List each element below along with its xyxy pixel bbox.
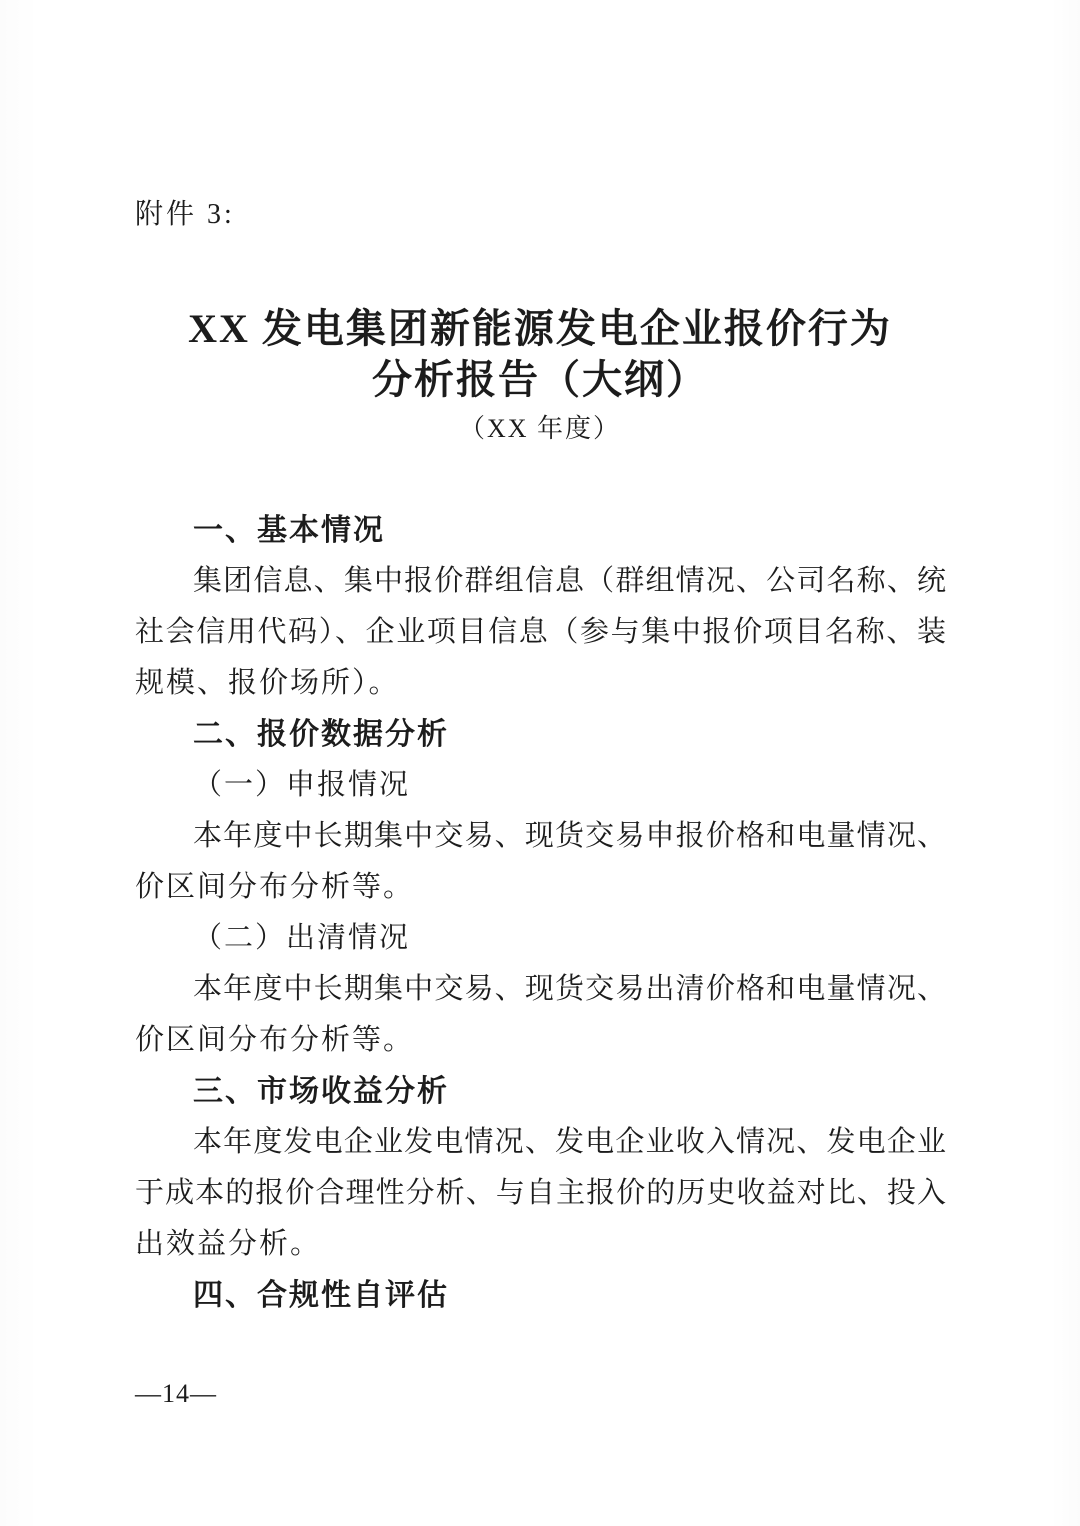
document-body: 一、基本情况 集团信息、集中报价群组信息（群组情况、公司名称、统一 社会信用代码… bbox=[135, 505, 947, 1321]
paragraph-line: 社会信用代码）、企业项目信息（参与集中报价项目名称、装机 bbox=[135, 607, 947, 658]
document-page: 附件 3: XX 发电集团新能源发电企业报价行为 分析报告（大纲） （XX 年度… bbox=[0, 0, 1080, 1526]
document-subtitle: （XX 年度） bbox=[0, 412, 1080, 446]
paragraph-line: 价区间分布分析等。 bbox=[135, 862, 947, 913]
paragraph-line: 集团信息、集中报价群组信息（群组情况、公司名称、统一 bbox=[135, 556, 947, 607]
section-heading-1: 一、基本情况 bbox=[135, 505, 947, 556]
paragraph-line: 本年度中长期集中交易、现货交易申报价格和电量情况、量 bbox=[135, 811, 947, 862]
paragraph-line: 本年度中长期集中交易、现货交易出清价格和电量情况、量 bbox=[135, 964, 947, 1015]
page-number: —14— bbox=[135, 1378, 217, 1410]
paragraph-line: 规模、报价场所）。 bbox=[135, 658, 947, 709]
document-title-line1: XX 发电集团新能源发电企业报价行为 bbox=[0, 303, 1080, 354]
attachment-label: 附件 3: bbox=[135, 198, 235, 232]
section-heading-3: 三、市场收益分析 bbox=[135, 1066, 947, 1117]
document-title: XX 发电集团新能源发电企业报价行为 分析报告（大纲） bbox=[0, 303, 1080, 405]
section-heading-2: 二、报价数据分析 bbox=[135, 709, 947, 760]
section-heading-4: 四、合规性自评估 bbox=[135, 1270, 947, 1321]
paragraph-line: 本年度发电企业发电情况、发电企业收入情况、发电企业基 bbox=[135, 1117, 947, 1168]
document-title-line2: 分析报告（大纲） bbox=[0, 354, 1080, 405]
paragraph-line: 出效益分析。 bbox=[135, 1219, 947, 1270]
subsection-heading-1: （一）申报情况 bbox=[135, 760, 947, 811]
paragraph-line: 于成本的报价合理性分析、与自主报价的历史收益对比、投入产 bbox=[135, 1168, 947, 1219]
subsection-heading-2: （二）出清情况 bbox=[135, 913, 947, 964]
paragraph-line: 价区间分布分析等。 bbox=[135, 1015, 947, 1066]
